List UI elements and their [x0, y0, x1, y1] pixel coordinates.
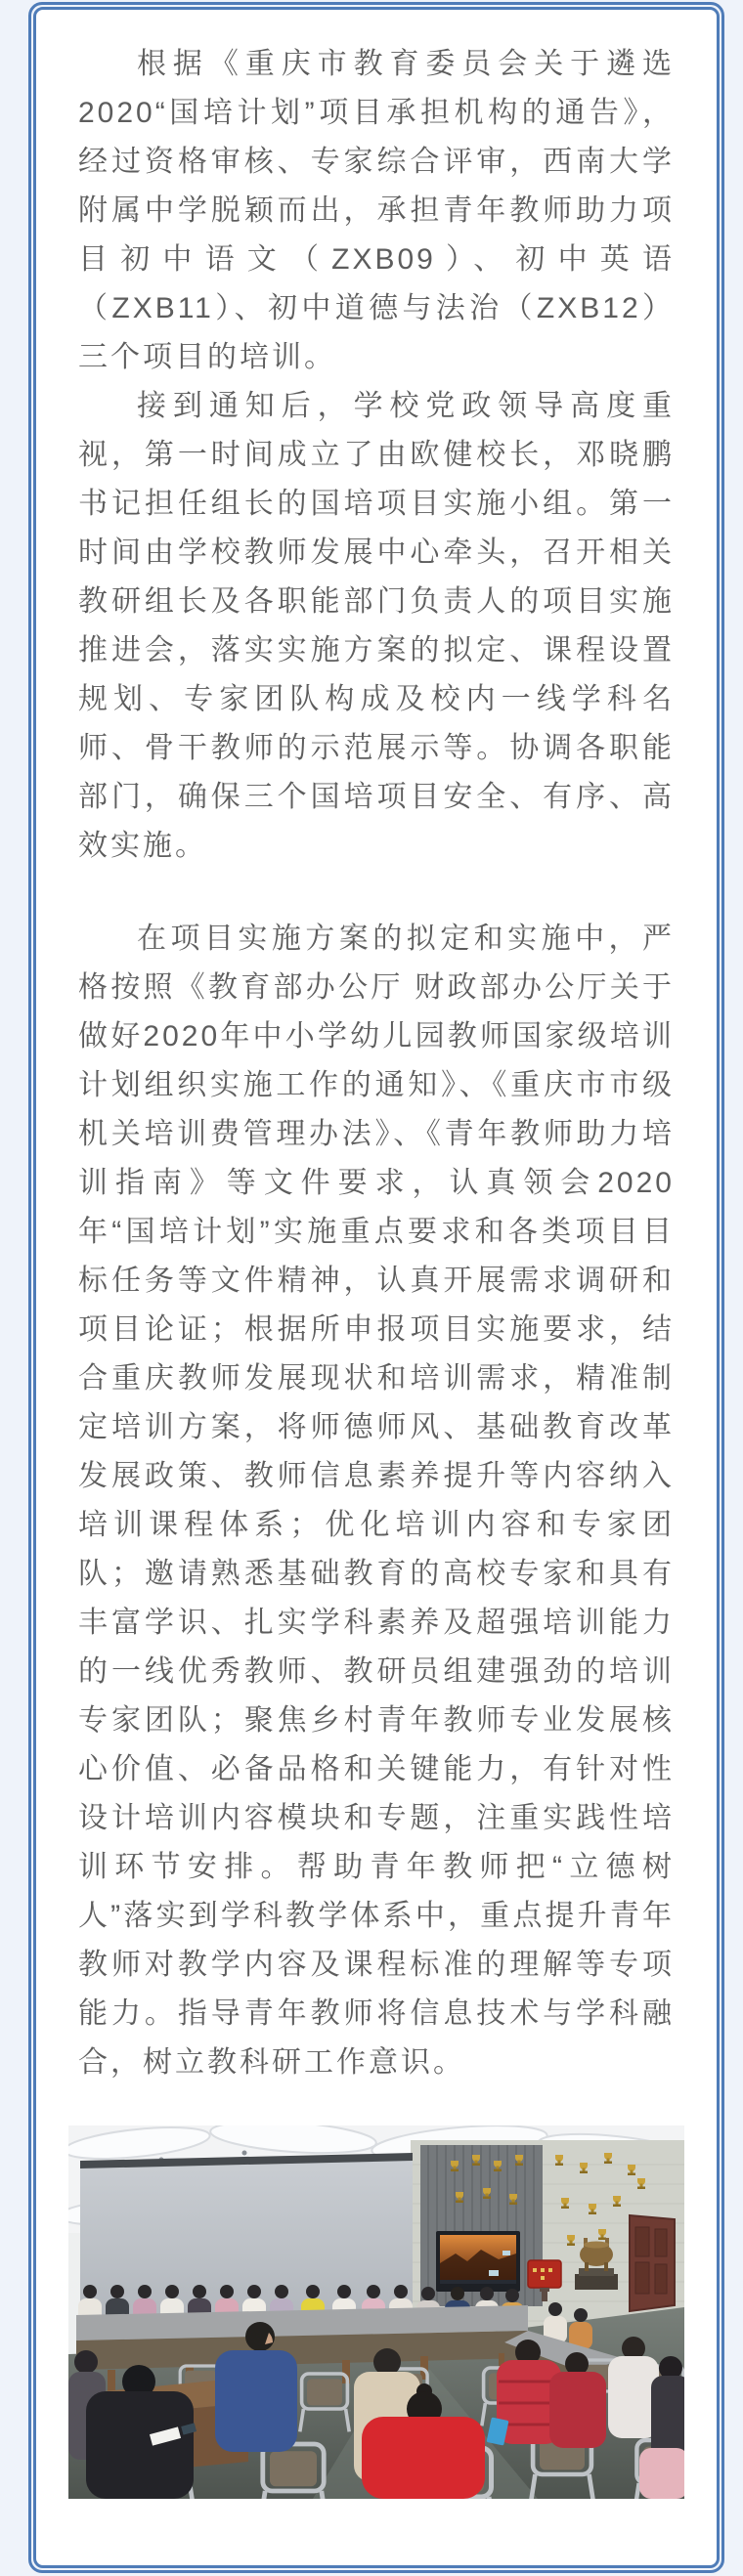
- article-page: { "page": { "colors": { "background": "#…: [0, 0, 743, 2576]
- article-card-border: 根据《重庆市教育委员会关于遴选2020“国培计划”项目承担机构的通告》，经过资格…: [28, 2, 724, 2573]
- door: [630, 2215, 675, 2311]
- paragraph-2: 接到通知后，学校党政领导高度重视，第一时间成立了由欧健校长，邓晓鹏书记担任组长的…: [78, 382, 675, 871]
- meeting-room-photo-svg: [68, 2125, 684, 2499]
- article-card: 根据《重庆市教育委员会关于遴选2020“国培计划”项目承担机构的通告》，经过资格…: [33, 7, 720, 2568]
- person-pink-corner: [639, 2448, 684, 2499]
- meeting-room-photo: [68, 2125, 684, 2499]
- paragraph-3: 在项目实施方案的拟定和实施中，严格按照《教育部办公厅 财政部办公厅关于做好202…: [78, 915, 675, 2087]
- article-body: 根据《重庆市教育委员会关于遴选2020“国培计划”项目承担机构的通告》，经过资格…: [78, 40, 675, 2087]
- display-tv: [436, 2231, 520, 2292]
- paragraph-1: 根据《重庆市教育委员会关于遴选2020“国培计划”项目承担机构的通告》，经过资格…: [78, 40, 675, 382]
